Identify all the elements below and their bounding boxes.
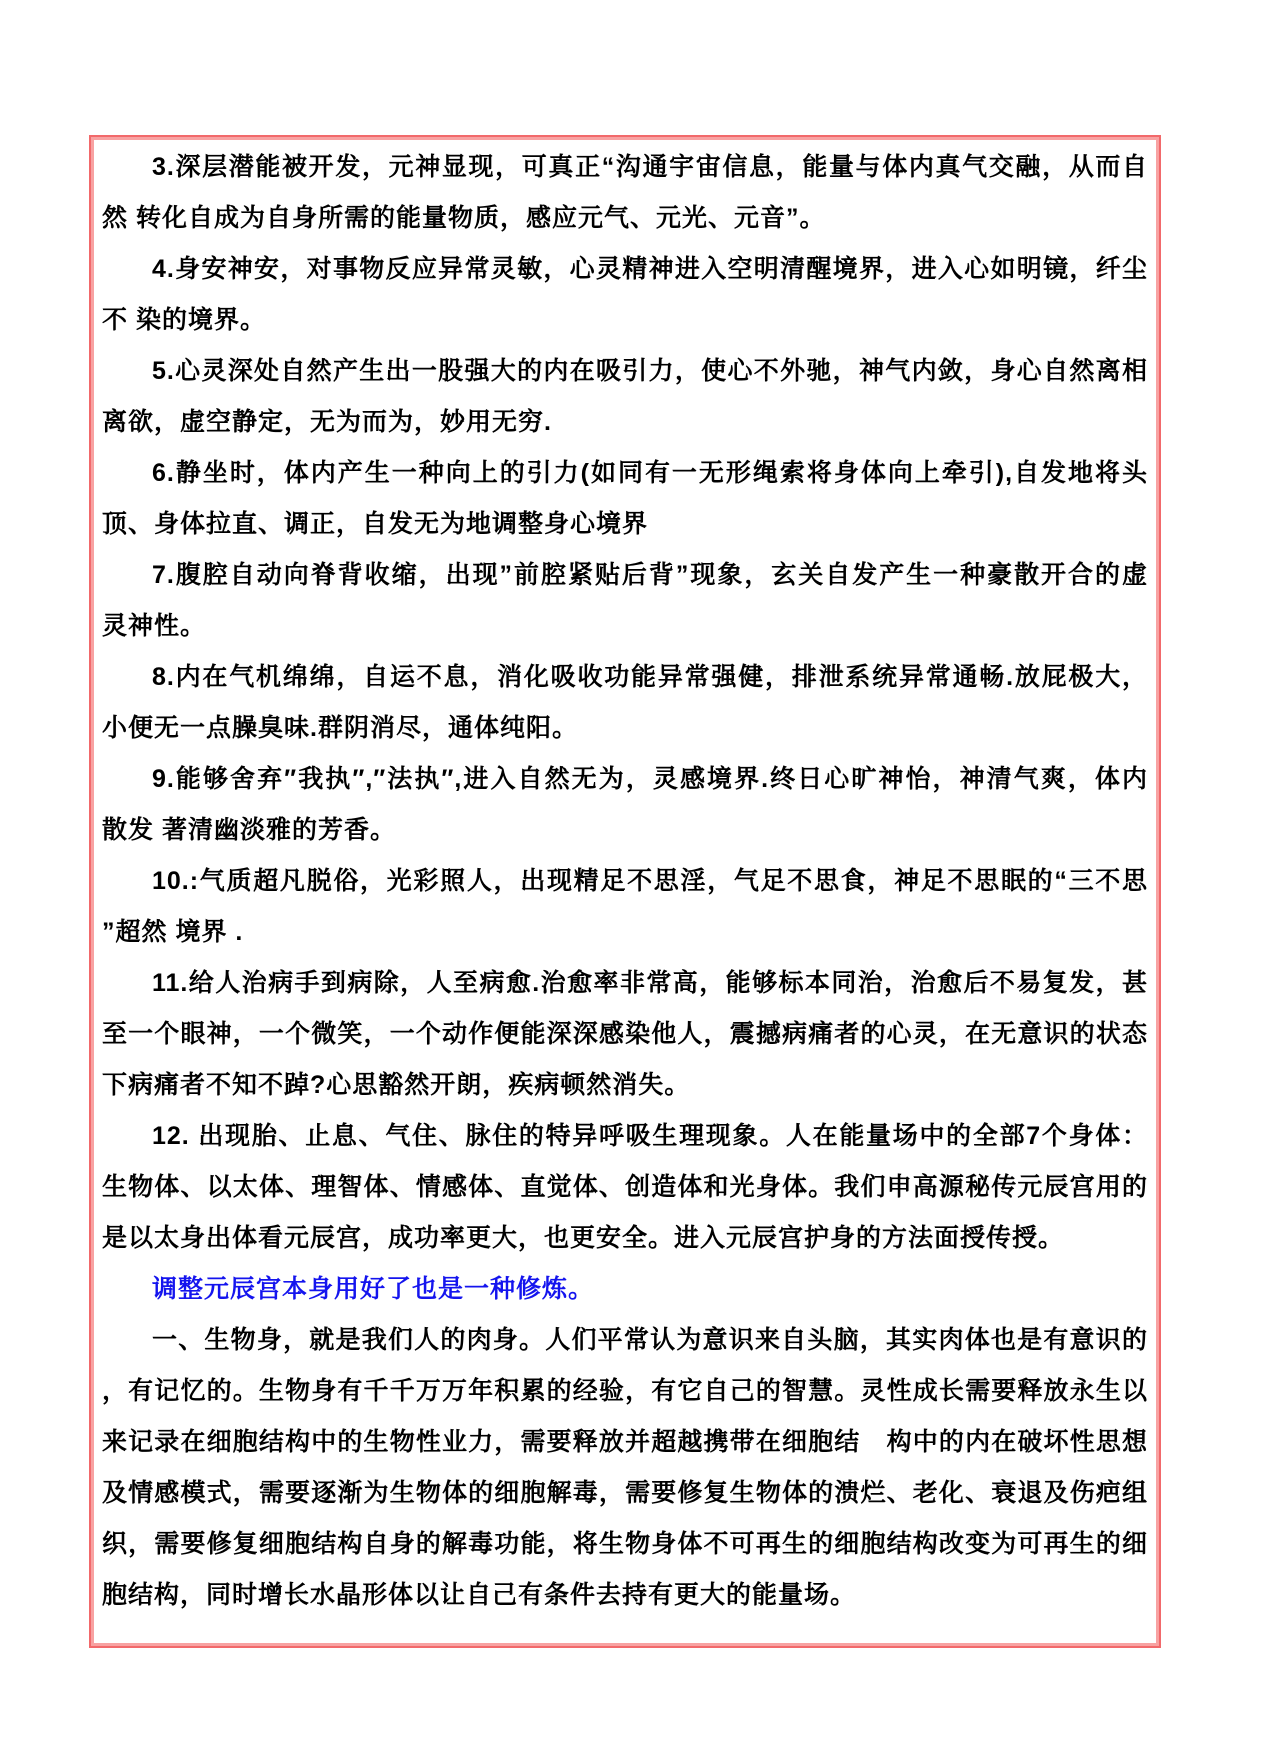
text-line: ”超然 境界 . — [102, 907, 1148, 958]
text-line: 5.心灵深处自然产生出一股强大的内在吸引力，使心不外驰，神气内敛，身心自然离相 — [102, 346, 1148, 397]
paragraph: 11.给人治病手到病除，人至病愈.治愈率非常高，能够标本同治，治愈后不易复发，甚… — [102, 958, 1148, 1111]
text-line: 9.能够舍弃″我执″,″法执″,进入自然无为，灵感境界.终日心旷神怡，神清气爽，… — [102, 754, 1148, 805]
text-line: 12. 出现胎、止息、气住、脉住的特异呼吸生理现象。人在能量场中的全部7个身体： — [102, 1111, 1148, 1162]
text-line: 是以太身出体看元辰宫，成功率更大，也更安全。进入元辰宫护身的方法面授传授。 — [102, 1213, 1148, 1264]
text-line: 3.深层潜能被开发，元神显现，可真正“沟通宇宙信息，能量与体内真气交融，从而自 — [102, 142, 1148, 193]
text-line: 胞结构，同时增长水晶形体以让自己有条件去持有更大的能量场。 — [102, 1570, 1148, 1621]
paragraph: 8.内在气机绵绵，自运不息，消化吸收功能异常强健，排泄系统异常通畅.放屁极大，小… — [102, 652, 1148, 754]
text-line: 及情感模式，需要逐渐为生物体的细胞解毒，需要修复生物体的溃烂、老化、衰退及伤疤组 — [102, 1468, 1148, 1519]
paragraph: 12. 出现胎、止息、气住、脉住的特异呼吸生理现象。人在能量场中的全部7个身体：… — [102, 1111, 1148, 1264]
text-line: 离欲，虚空静定，无为而为，妙用无穷. — [102, 397, 1148, 448]
text-line: 11.给人治病手到病除，人至病愈.治愈率非常高，能够标本同治，治愈后不易复发，甚 — [102, 958, 1148, 1009]
paragraph: 4.身安神安，对事物反应异常灵敏，心灵精神进入空明清醒境界，进入心如明镜，纤尘不… — [102, 244, 1148, 346]
paragraph: 5.心灵深处自然产生出一股强大的内在吸引力，使心不外驰，神气内敛，身心自然离相离… — [102, 346, 1148, 448]
text-line: 8.内在气机绵绵，自运不息，消化吸收功能异常强健，排泄系统异常通畅.放屁极大， — [102, 652, 1148, 703]
text-line: 下病痛者不知不踔?心思豁然开朗，疾病顿然消失。 — [102, 1060, 1148, 1111]
document-content: 3.深层潜能被开发，元神显现，可真正“沟通宇宙信息，能量与体内真气交融，从而自然… — [102, 142, 1148, 1621]
text-line: 顶、身体拉直、调正，自发无为地调整身心境界 — [102, 499, 1148, 550]
text-line: 4.身安神安，对事物反应异常灵敏，心灵精神进入空明清醒境界，进入心如明镜，纤尘 — [102, 244, 1148, 295]
text-line: 至一个眼神，一个微笑，一个动作便能深深感染他人，震撼病痛者的心灵，在无意识的状态 — [102, 1009, 1148, 1060]
text-line: 7.腹腔自动向脊背收缩，出现”前腔紧贴后背”现象，玄关自发产生一种豪散开合的虚 — [102, 550, 1148, 601]
paragraph: 调整元辰宫本身用好了也是一种修炼。 — [102, 1264, 1148, 1315]
paragraph: 9.能够舍弃″我执″,″法执″,进入自然无为，灵感境界.终日心旷神怡，神清气爽，… — [102, 754, 1148, 856]
paragraph: 3.深层潜能被开发，元神显现，可真正“沟通宇宙信息，能量与体内真气交融，从而自然… — [102, 142, 1148, 244]
text-line: 小便无一点臊臭味.群阴消尽，通体纯阳。 — [102, 703, 1148, 754]
text-line: 10.:气质超凡脱俗，光彩照人，出现精足不思淫，气足不思食，神足不思眠的“三不思 — [102, 856, 1148, 907]
text-line: 织，需要修复细胞结构自身的解毒功能，将生物身体不可再生的细胞结构改变为可再生的细 — [102, 1519, 1148, 1570]
text-line: 灵神性。 — [102, 601, 1148, 652]
text-line: 然 转化自成为自身所需的能量物质，感应元气、元光、元音”。 — [102, 193, 1148, 244]
text-line: 一、生物身，就是我们人的肉身。人们平常认为意识来自头脑，其实肉体也是有意识的 — [102, 1315, 1148, 1366]
paragraph: 7.腹腔自动向脊背收缩，出现”前腔紧贴后背”现象，玄关自发产生一种豪散开合的虚灵… — [102, 550, 1148, 652]
text-line: 散发 著清幽淡雅的芳香。 — [102, 805, 1148, 856]
text-line: 6.静坐时，体内产生一种向上的引力(如同有一无形绳索将身体向上牵引),自发地将头 — [102, 448, 1148, 499]
paragraph: 6.静坐时，体内产生一种向上的引力(如同有一无形绳索将身体向上牵引),自发地将头… — [102, 448, 1148, 550]
text-line: 不 染的境界。 — [102, 295, 1148, 346]
paragraph: 10.:气质超凡脱俗，光彩照人，出现精足不思淫，气足不思食，神足不思眠的“三不思… — [102, 856, 1148, 958]
red-border-box: 3.深层潜能被开发，元神显现，可真正“沟通宇宙信息，能量与体内真气交融，从而自然… — [89, 135, 1161, 1648]
red-border-inner: 3.深层潜能被开发，元神显现，可真正“沟通宇宙信息，能量与体内真气交融，从而自然… — [91, 137, 1159, 1646]
text-line: 调整元辰宫本身用好了也是一种修炼。 — [102, 1264, 1148, 1315]
paragraph: 一、生物身，就是我们人的肉身。人们平常认为意识来自头脑，其实肉体也是有意识的，有… — [102, 1315, 1148, 1621]
text-line: 生物体、以太体、理智体、情感体、直觉体、创造体和光身体。我们申高源秘传元辰宫用的 — [102, 1162, 1148, 1213]
text-line: ，有记忆的。生物身有千千万万年积累的经验，有它自己的智慧。灵性成长需要释放永生以 — [102, 1366, 1148, 1417]
text-line: 来记录在细胞结构中的生物性业力，需要释放并超越携带在细胞结 构中的内在破坏性思想 — [102, 1417, 1148, 1468]
